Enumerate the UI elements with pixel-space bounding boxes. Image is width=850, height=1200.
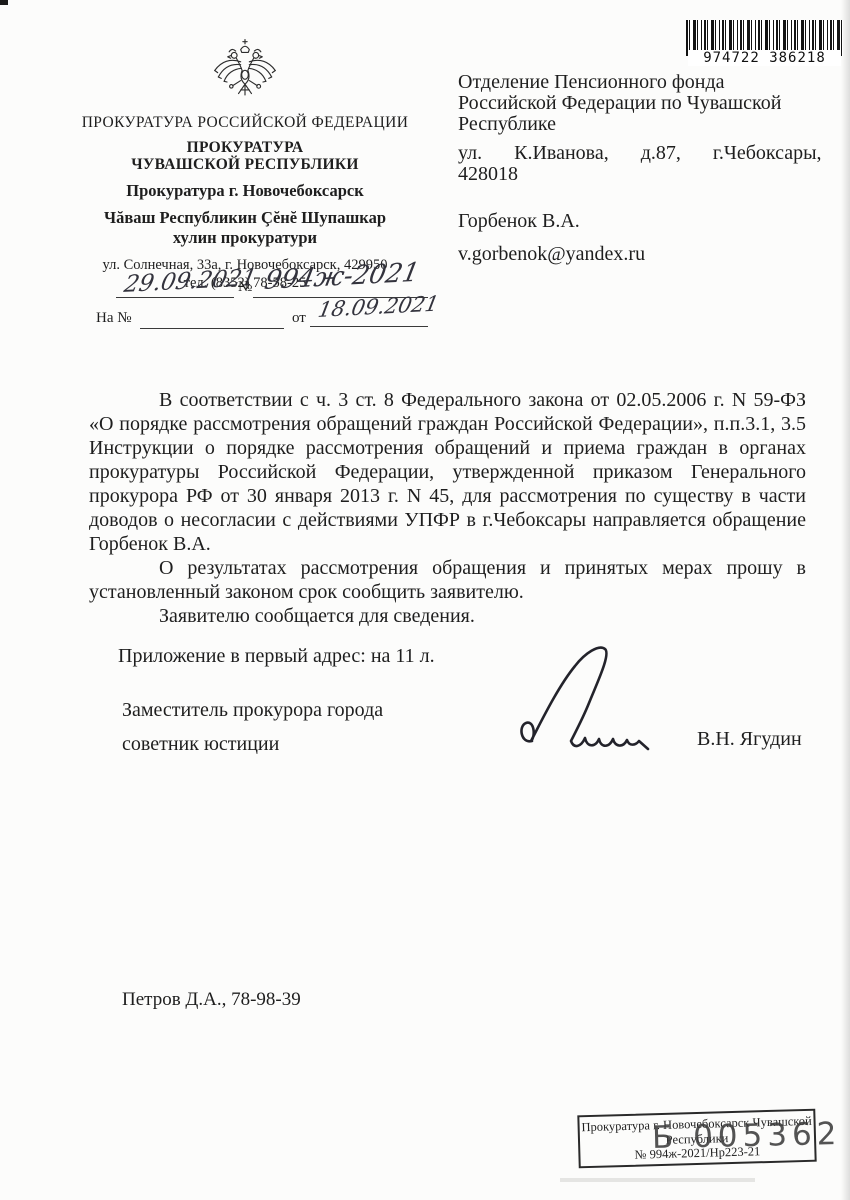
russian-coat-of-arms-eagle-icon [209, 38, 281, 108]
scanned-letter-page: ПРОКУРАТУРА РОССИЙСКОЙ ФЕДЕРАЦИИ ПРОКУРА… [0, 0, 850, 1200]
body-paragraph-2: О результатах рассмотрения обращения и п… [89, 556, 806, 604]
scan-smudge [560, 1178, 755, 1182]
letterhead-org-line1: ПРОКУРАТУРА [75, 139, 415, 156]
recipient-address-line2: 428018 [458, 163, 830, 186]
reference-date-handwritten: 18.09.2021 [316, 291, 441, 322]
letter-body: В соответствии с ч. 3 ст. 8 Федерального… [89, 388, 806, 628]
letterhead-org-line2: ЧУВАШСКОЙ РЕСПУБЛИКИ [75, 156, 415, 173]
recipient-email: v.gorbenok@yandex.ru [458, 243, 830, 266]
barcode-digits: 974722 386218 [688, 50, 841, 66]
letterhead-city-unit: Прокуратура г. Новочебоксарск [75, 181, 415, 201]
letterhead-chuvash-line1: Чăваш Республикин Çĕнĕ Шупашкар [75, 208, 415, 228]
letterhead-federation-title: ПРОКУРАТУРА РОССИЙСКОЙ ФЕДЕРАЦИИ [75, 114, 415, 132]
barcode: 974722 386218 [686, 20, 843, 72]
reference-from-label: от [292, 310, 306, 327]
recipient-org: Отделение Пенсионного фонда Российской Ф… [458, 72, 830, 135]
body-paragraph-3: Заявителю сообщается для сведения. [89, 604, 806, 628]
signer-name: В.Н. Ягудин [697, 728, 802, 751]
stamp-serial-number: Б 005362 [652, 1116, 842, 1156]
body-paragraph-1: В соответствии с ч. 3 ст. 8 Федерального… [89, 388, 806, 556]
recipient-person: Горбенок В.А. [458, 210, 830, 233]
handwritten-signature [512, 638, 662, 773]
recipient-org-line3: Республике [458, 114, 830, 135]
scan-edge-shadow [841, 0, 850, 1200]
scan-corner-artifact [0, 0, 8, 5]
date-underline [116, 297, 234, 298]
recipient-org-line2: Российской Федерации по Чувашской [458, 93, 830, 114]
attachment-note: Приложение в первый адрес: на 11 л. [118, 645, 435, 668]
recipient-org-line1: Отделение Пенсионного фонда [458, 72, 830, 93]
reference-underline [140, 328, 284, 329]
number-sign-label: № [238, 279, 252, 296]
signer-position-line1: Заместитель прокурора города [122, 699, 383, 722]
signer-position-line2: советник юстиции [122, 733, 279, 756]
recipient-address-line1: ул. К.Иванова, д.87, г.Чебоксары, [458, 142, 830, 165]
reference-label: На № [96, 310, 132, 327]
reference-date-underline [310, 326, 428, 327]
letterhead-chuvash-line2: хулин прокуратури [75, 228, 415, 248]
executor-contact: Петров Д.А., 78-98-39 [122, 989, 301, 1011]
letterhead: ПРОКУРАТУРА РОССИЙСКОЙ ФЕДЕРАЦИИ ПРОКУРА… [75, 38, 415, 292]
